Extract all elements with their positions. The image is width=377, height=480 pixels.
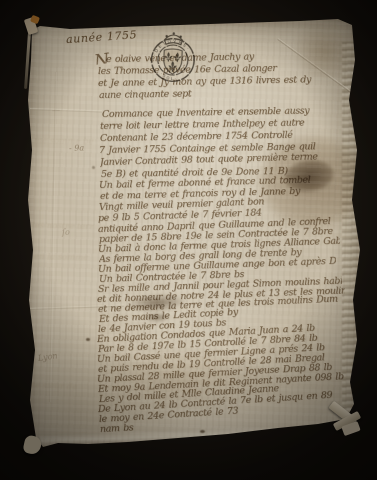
ink-bleedthrough-line: me somme belle <box>34 136 94 147</box>
ink-spot <box>86 338 90 341</box>
manuscript-line: nam bs <box>100 421 156 437</box>
ink-spot <box>92 166 95 169</box>
photo-of-manuscript: aunée 1755 · D E T O V R S · · S O L · <box>0 0 377 480</box>
manuscript-line: aune cinquante sept <box>99 88 204 103</box>
margin-note: — <box>52 106 60 115</box>
manuscript-page: aunée 1755 · D E T O V R S · · S O L · <box>22 16 364 462</box>
manuscript-lines-layer: Ne olaive vene et dame Jauchy ayles Thom… <box>22 16 364 462</box>
ink-bleedthrough-line: en la somme <box>34 252 92 263</box>
ink-bleedthrough-line: le sieur de <box>32 381 96 393</box>
ink-bleedthrough-line: les nostre terre <box>32 221 94 232</box>
tie-string <box>24 33 31 89</box>
paper-tie-top-left <box>22 16 44 96</box>
margin-note: Lyon <box>37 351 58 363</box>
ink-bleedthrough-line: quit y faut <box>172 18 262 30</box>
ink-spot <box>200 430 205 433</box>
paper-tie-bottom-right <box>326 400 370 444</box>
